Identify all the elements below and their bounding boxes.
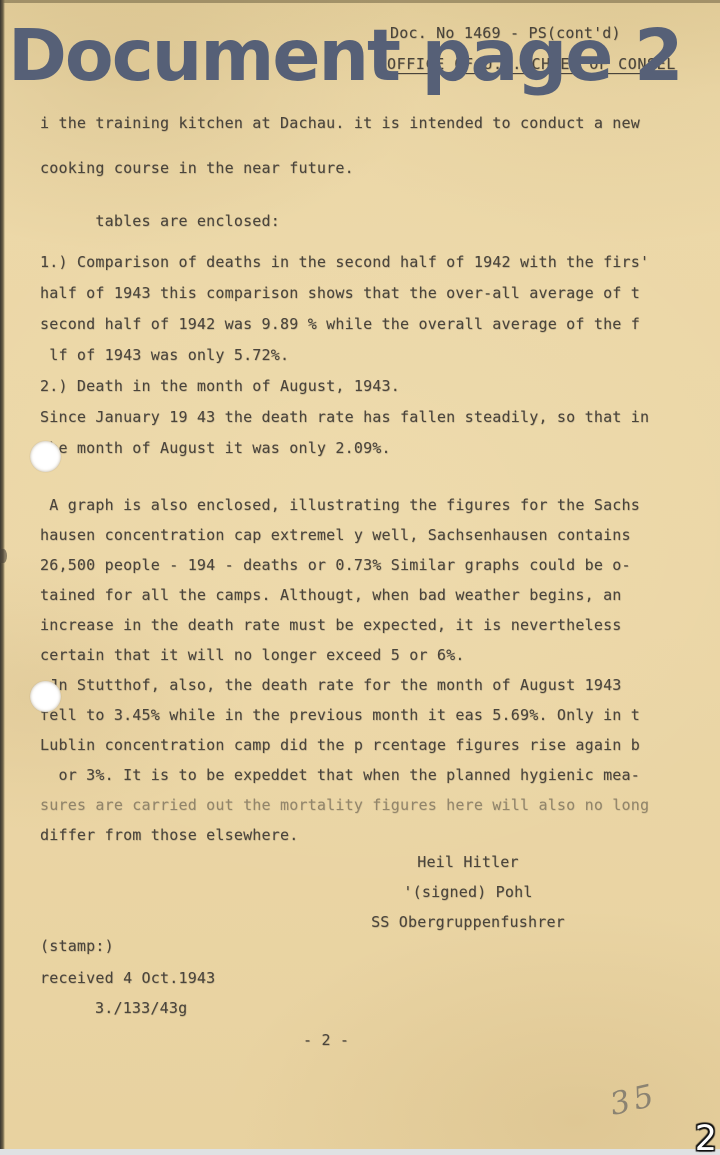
typewritten-line: cooking course in the near future. xyxy=(40,146,704,191)
file-reference-line: 3./133/43g xyxy=(95,999,187,1017)
scan-edge-left xyxy=(0,0,5,1155)
intro-paragraph: i the training kitchen at Dachau. it is … xyxy=(40,101,704,191)
typewritten-line: received 4 Oct.1943 xyxy=(40,969,704,987)
typewritten-line: lf of 1943 was only 5.72%. xyxy=(40,340,704,371)
screenshot-stage: Doc. No 1469 - PS(cont'd) OFFICE OF U.S.… xyxy=(0,0,720,1155)
statistics-paragraph: 1.) Comparison of deaths in the second h… xyxy=(40,247,704,464)
typewritten-line: (stamp:) xyxy=(40,937,704,955)
overlay-title: Document page 2 xyxy=(8,17,682,95)
scan-edge-top xyxy=(0,0,720,3)
typewritten-line-faded: sures are carried out the mortality figu… xyxy=(40,790,704,820)
typewritten-line: the month of August it was only 2.09%. xyxy=(40,433,704,464)
typewritten-line: A graph is also enclosed, illustrating t… xyxy=(40,490,704,520)
signature-block: Heil Hitler '(signed) Pohl SS Obergruppe… xyxy=(366,847,570,937)
stamp-note: (stamp:) xyxy=(40,937,704,955)
typewritten-line: increase in the death rate must be expec… xyxy=(40,610,704,640)
typewritten-line: 1.) Comparison of deaths in the second h… xyxy=(40,247,704,278)
tables-enclosed-line: tables are enclosed: xyxy=(40,206,704,236)
typewritten-line: 26,500 people - 194 - deaths or 0.73% Si… xyxy=(40,550,704,580)
typewritten-line: certain that it will no longer exceed 5 … xyxy=(40,640,704,670)
typewritten-line: Lublin concentration camp did the p rcen… xyxy=(40,730,704,760)
typewritten-line: 3./133/43g xyxy=(95,999,187,1017)
graph-paragraph: A graph is also enclosed, illustrating t… xyxy=(40,490,704,850)
typewritten-line: tained for all the camps. Althougt, when… xyxy=(40,580,704,610)
corner-page-number: 2 xyxy=(695,1119,717,1155)
typewritten-line: second half of 1942 was 9.89 % while the… xyxy=(40,309,704,340)
typewritten-line: Jn Stutthof, also, the death rate for th… xyxy=(40,670,704,700)
typewritten-line: differ from those elsewhere. xyxy=(40,820,704,850)
typewritten-line: hausen concentration cap extremel y well… xyxy=(40,520,704,550)
salutation-line: Heil Hitler xyxy=(366,847,570,877)
typewritten-line: 2.) Death in the month of August, 1943. xyxy=(40,371,704,402)
punch-hole xyxy=(30,441,61,472)
received-date-line: received 4 Oct.1943 xyxy=(40,969,704,987)
paper-edge-nick xyxy=(0,549,7,563)
typewritten-line: fell to 3.45% while in the previous mont… xyxy=(40,700,704,730)
typewritten-line: - 2 - xyxy=(303,1031,349,1049)
typewritten-line: or 3%. It is to be expeddet that when th… xyxy=(40,760,704,790)
typewritten-line: i the training kitchen at Dachau. it is … xyxy=(40,101,704,146)
page-number-footer: - 2 - xyxy=(303,1031,349,1049)
typewritten-line: half of 1943 this comparison shows that … xyxy=(40,278,704,309)
scan-edge-bottom xyxy=(0,1149,720,1155)
typewritten-line: tables are enclosed: xyxy=(40,206,704,236)
rank-line: SS Obergruppenfushrer xyxy=(366,907,570,937)
signed-line: '(signed) Pohl xyxy=(366,877,570,907)
punch-hole xyxy=(30,681,61,712)
typewritten-line: Since January 19 43 the death rate has f… xyxy=(40,402,704,433)
